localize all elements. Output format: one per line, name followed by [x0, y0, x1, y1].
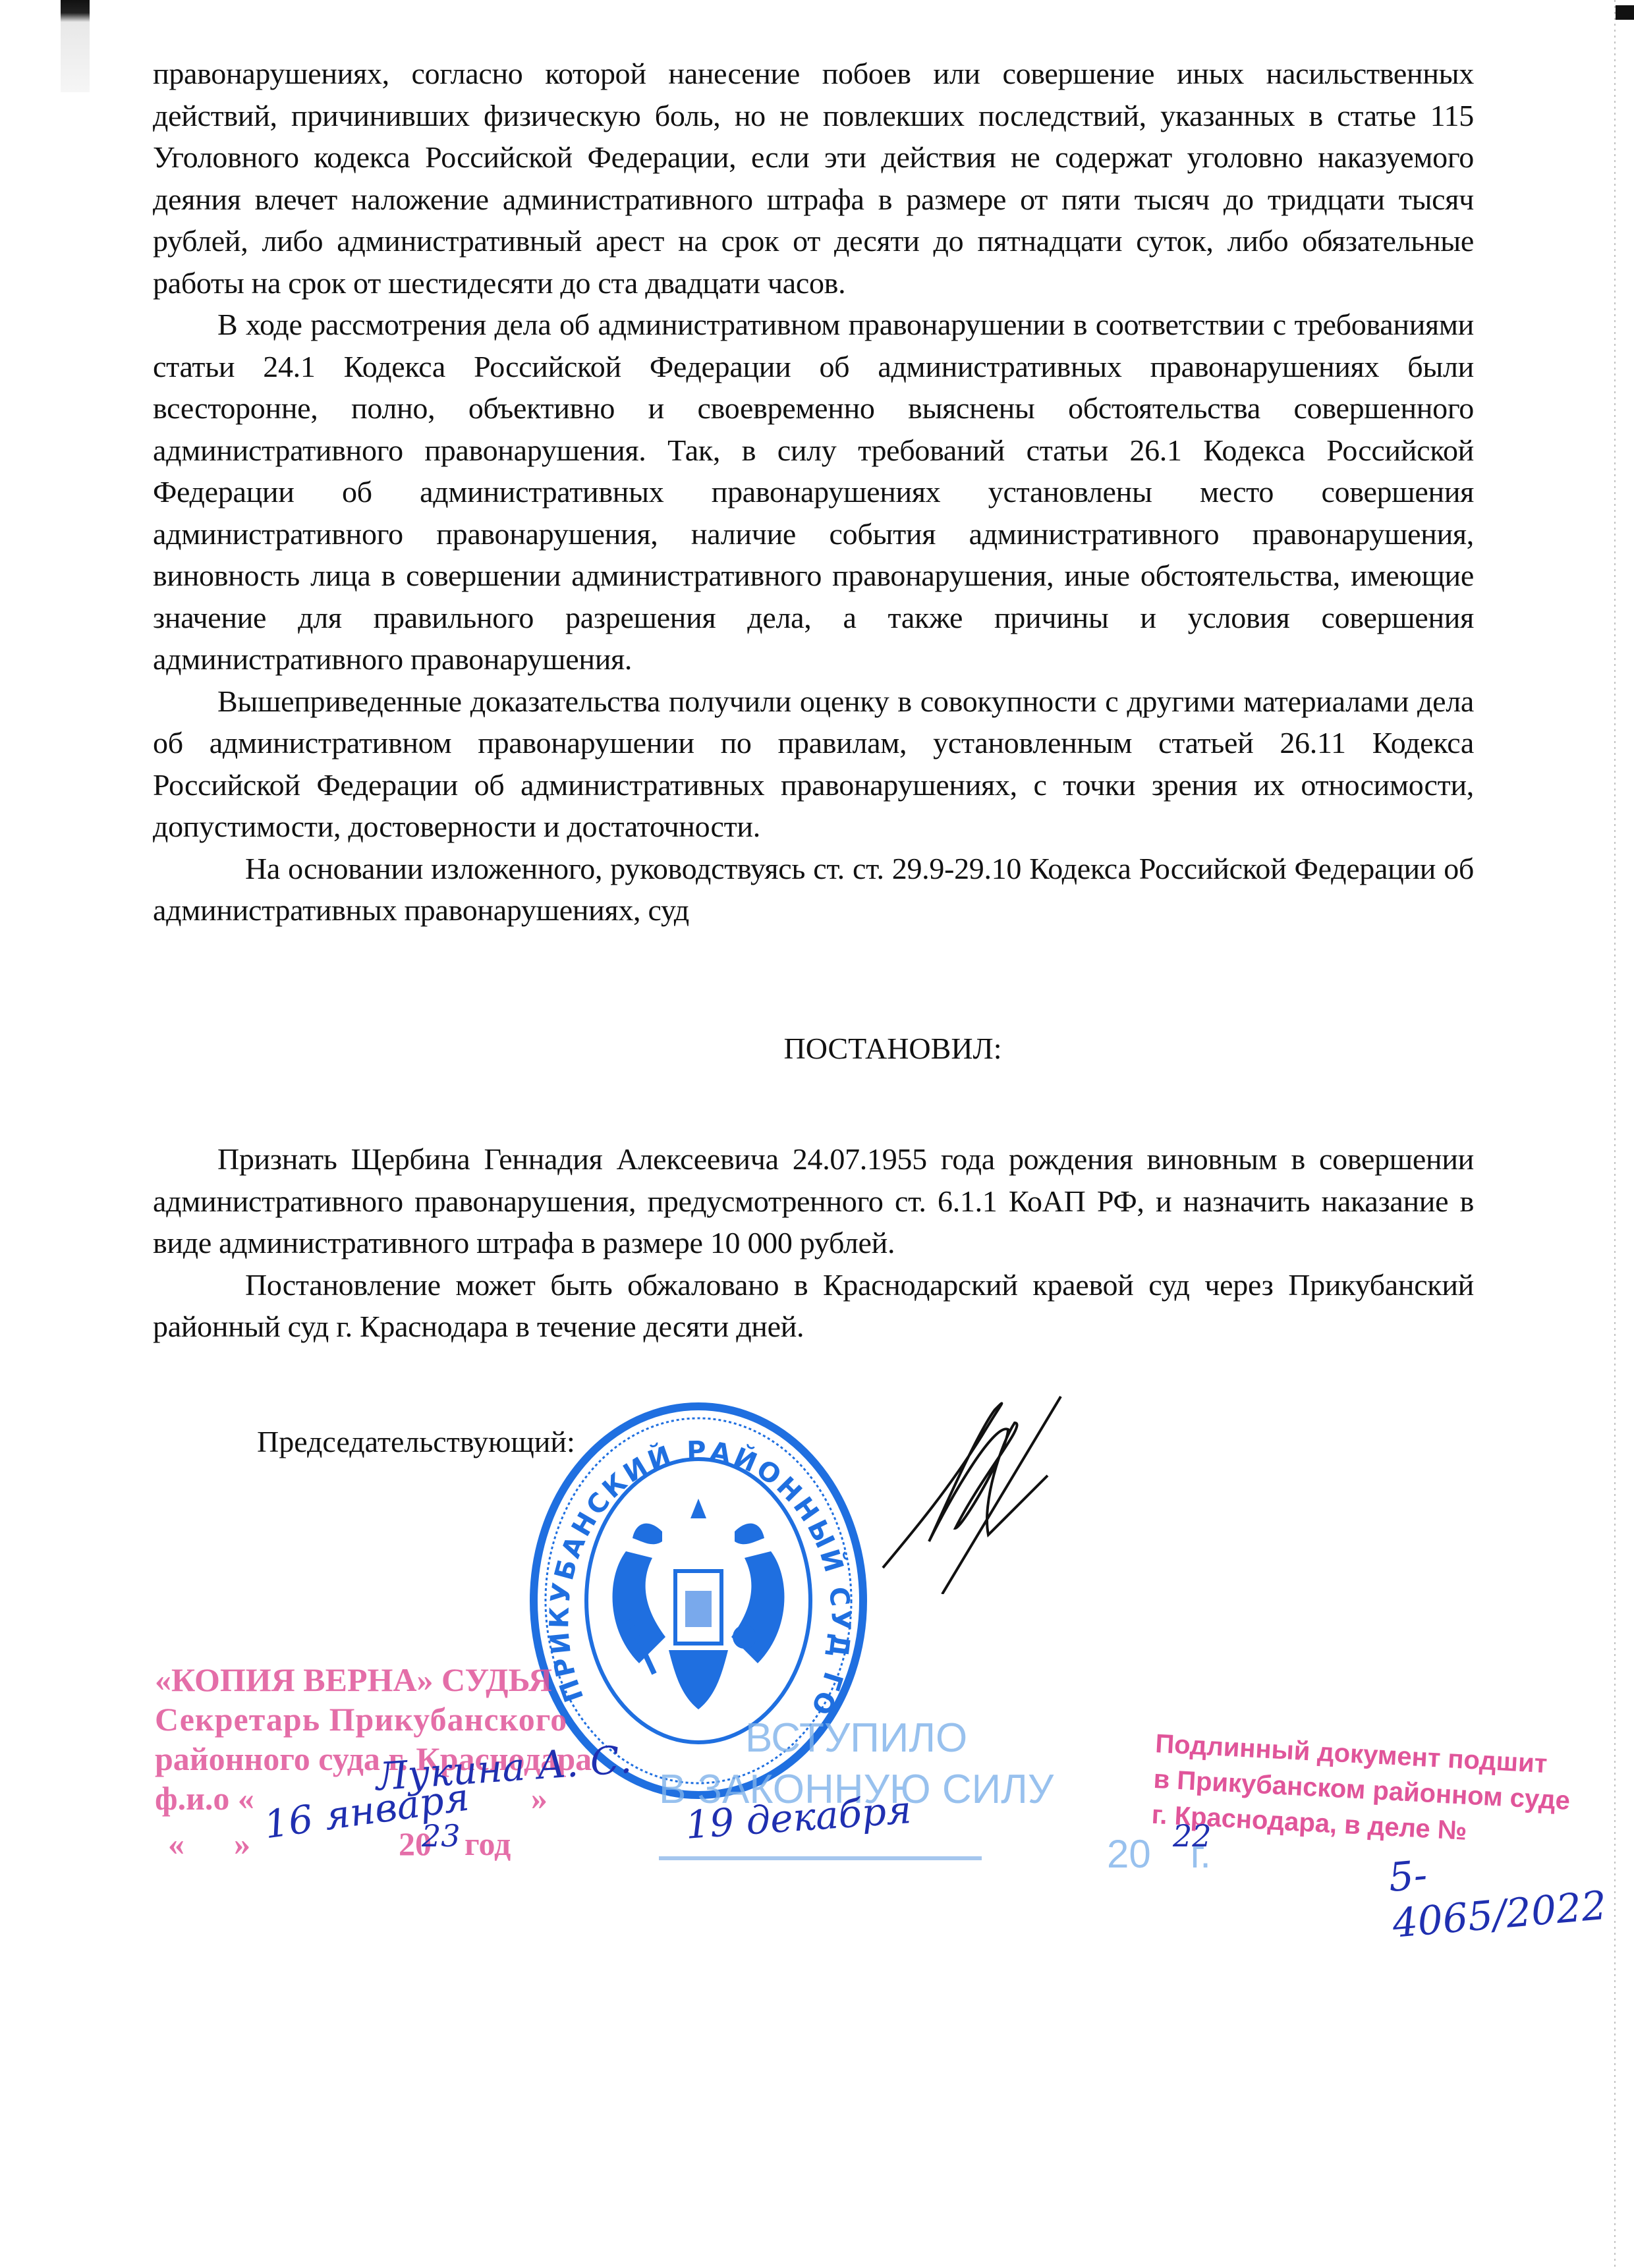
handwritten-case-number: 5-4065/2022	[1387, 1834, 1634, 1947]
body-text-block-2: Признать Щербина Геннадия Алексеевича 24…	[153, 1138, 1474, 1348]
paragraph-appeal: Постановление может быть обжаловано в Кр…	[153, 1264, 1474, 1348]
copy-stamp-line-2: Секретарь Прикубанского	[155, 1700, 592, 1739]
judge-signature-icon	[876, 1357, 1153, 1594]
legal-force-date-underline	[659, 1856, 982, 1860]
original-filed-stamp: Подлинный документ подшит в Прикубанском…	[1151, 1726, 1573, 1854]
body-text-block-1: правонарушениях, согласно которой нанесе…	[153, 53, 1474, 931]
paragraph-offense-definition: правонарушениях, согласно которой нанесе…	[153, 53, 1474, 304]
paragraph-legal-basis: На основании изложенного, руководствуясь…	[153, 848, 1474, 931]
document-page: правонарушениях, согласно которой нанесе…	[0, 0, 1634, 2268]
legal-force-line-1: ВСТУПИЛО	[659, 1713, 1054, 1764]
scan-artifact-right-tab	[1616, 5, 1634, 20]
paragraph-evidence-assessment: Вышеприведенные доказательства получили …	[153, 680, 1474, 848]
copy-stamp-line-1: «КОПИЯ ВЕРНА» СУДЬЯ	[155, 1660, 592, 1700]
scan-artifact-left	[61, 0, 90, 92]
ruling-heading: ПОСТАНОВИЛ:	[0, 1031, 1634, 1066]
handwritten-copy-year: 23	[422, 1818, 461, 1854]
paragraph-verdict: Признать Щербина Геннадия Алексеевича 24…	[153, 1138, 1474, 1264]
paragraph-case-review: В ходе рассмотрения дела об администрати…	[153, 304, 1474, 680]
handwritten-legal-force-year: 22	[1173, 1818, 1212, 1854]
